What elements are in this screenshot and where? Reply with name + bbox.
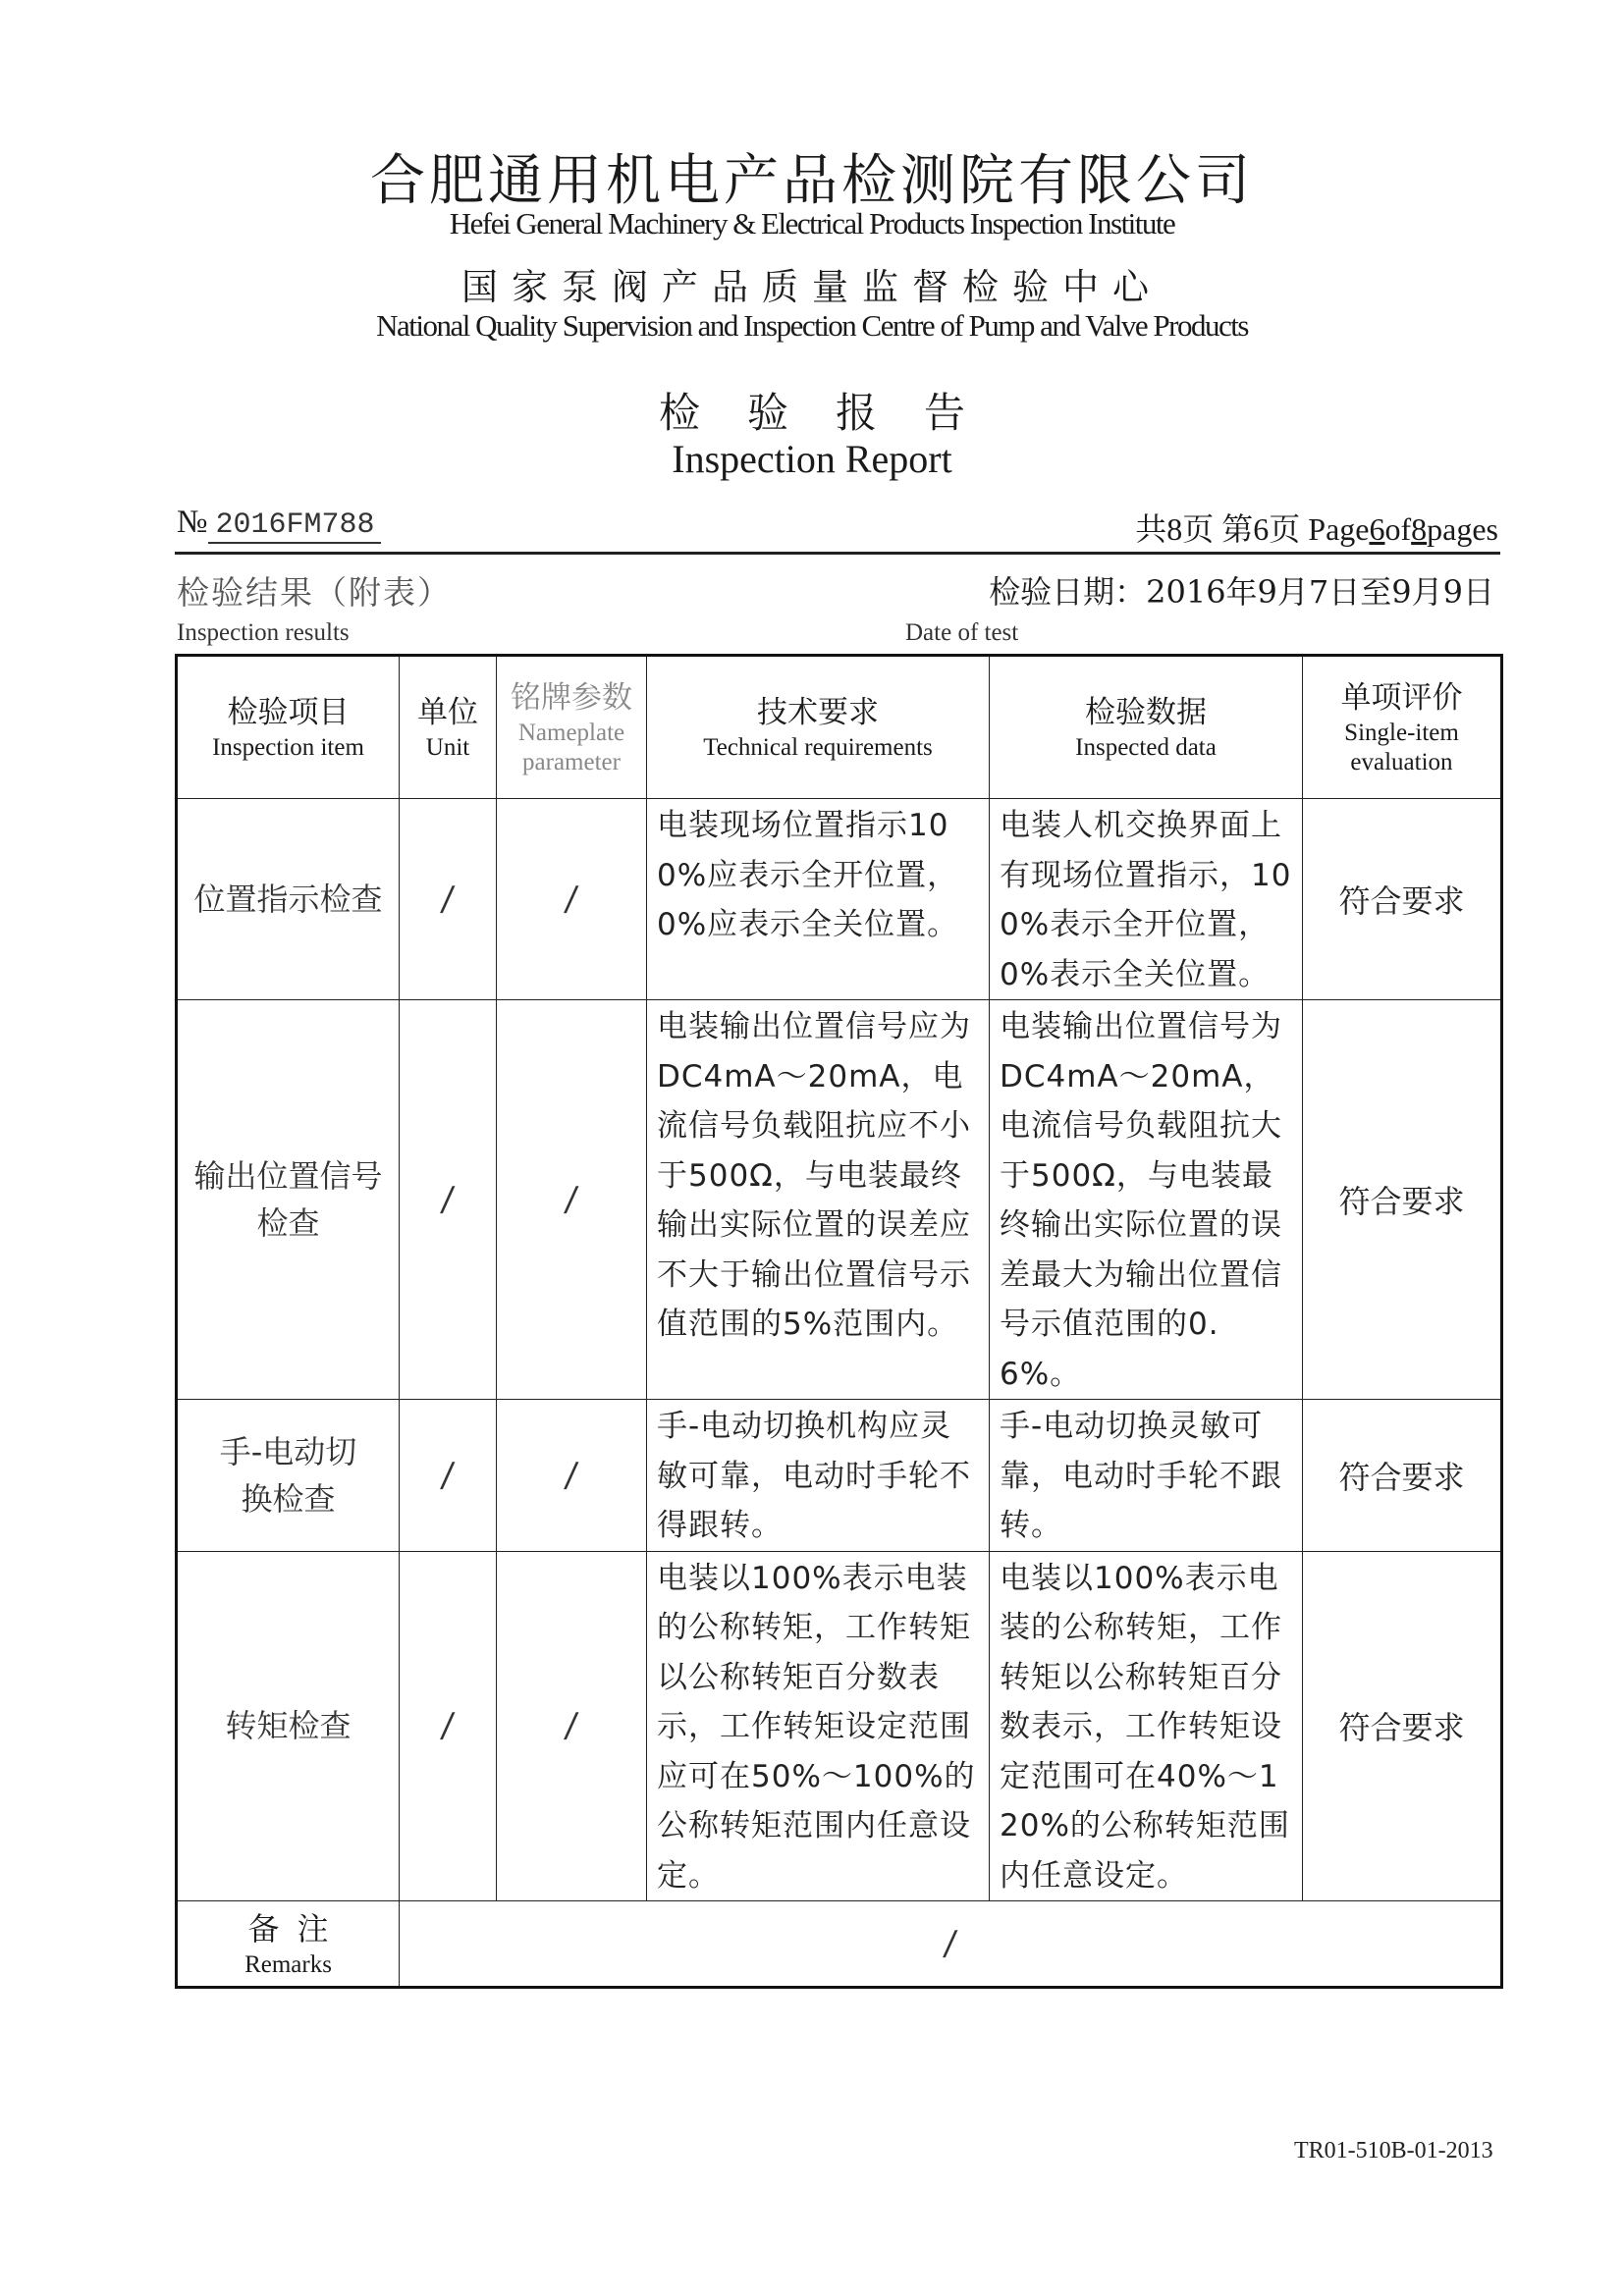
remarks-value: / [400, 1901, 1502, 1988]
header-cn: 检验数据 [990, 692, 1302, 733]
cell-data: 电装人机交换界面上有现场位置指示，100%表示全开位置，0%表示全关位置。 [990, 799, 1303, 1000]
table-row: 转矩检查 / / 电装以100%表示电装的公称转矩，工作转矩以公称转矩百分数表示… [177, 1551, 1502, 1901]
table-row: 手-电动切换检查 / / 手-电动切换机构应灵敏可靠，电动时手轮不得跟转。 手-… [177, 1400, 1502, 1552]
report-title-cn: 检验报告 [0, 381, 1624, 440]
header-en: Technical requirements [647, 733, 989, 763]
report-number: №2016FM788 [177, 505, 381, 544]
header-inspected-data: 检验数据Inspected data [990, 656, 1303, 799]
page-total: 8 [1411, 511, 1427, 547]
header-nameplate: 铭牌参数Nameplate parameter [497, 656, 647, 799]
header-unit: 单位Unit [400, 656, 497, 799]
report-number-value: 2016FM788 [208, 508, 381, 544]
page-indicator-cn: 共8页 第6页 [1135, 511, 1308, 547]
cell-nameplate: / [497, 1400, 647, 1552]
table-row: 位置指示检查 / / 电装现场位置指示100%应表示全开位置，0%应表示全关位置… [177, 799, 1502, 1000]
remarks-label: 备注Remarks [177, 1901, 400, 1988]
remarks-label-en: Remarks [178, 1950, 399, 1980]
remarks-row: 备注Remarks / [177, 1901, 1502, 1988]
cell-item: 输出位置信号检查 [177, 1000, 400, 1400]
page-en-prefix: Page [1308, 511, 1369, 547]
cell-unit: / [400, 1000, 497, 1400]
report-title-en: Inspection Report [0, 436, 1624, 482]
page-indicator: 共8页 第6页 Page6of8pages [1135, 505, 1498, 550]
table-row: 输出位置信号检查 / / 电装输出位置信号应为DC4mA～20mA，电流信号负载… [177, 1000, 1502, 1400]
cell-item: 位置指示检查 [177, 799, 400, 1000]
unit-value: / [439, 1456, 456, 1495]
cell-nameplate: / [497, 1000, 647, 1400]
header-cn: 检验项目 [178, 692, 399, 733]
cell-item: 转矩检查 [177, 1551, 400, 1901]
cell-nameplate: / [497, 1551, 647, 1901]
header-technical-requirements: 技术要求Technical requirements [647, 656, 990, 799]
cell-requirement: 电装以100%表示电装的公称转矩，工作转矩以公称转矩百分数表示，工作转矩设定范围… [647, 1551, 990, 1901]
header-cn: 单位 [400, 692, 496, 733]
page-en-suffix: pages [1427, 511, 1498, 547]
org-name-en: Hefei General Machinery & Electrical Pro… [0, 206, 1624, 241]
cell-data: 电装输出位置信号为DC4mA～20mA，电流信号负载阻抗大于500Ω，与电装最终… [990, 1000, 1303, 1400]
header-divider [175, 552, 1500, 555]
page-of: of [1384, 511, 1411, 547]
cell-nameplate: / [497, 799, 647, 1000]
nameplate-value: / [563, 1706, 579, 1745]
cell-data: 手-电动切换灵敏可靠，电动时手轮不跟转。 [990, 1400, 1303, 1552]
inspection-results-table: 检验项目Inspection item 单位Unit 铭牌参数Nameplate… [175, 654, 1503, 1989]
remarks-label-cn: 备注 [178, 1907, 399, 1950]
cell-unit: / [400, 1551, 497, 1901]
test-date-en: Date of test [905, 619, 1018, 647]
results-title-cn: 检验结果（附表） [177, 567, 452, 614]
cell-evaluation: 符合要求 [1303, 1551, 1502, 1901]
page-current: 6 [1369, 511, 1384, 547]
cell-evaluation: 符合要求 [1303, 1400, 1502, 1552]
org-name-cn: 合肥通用机电产品检测院有限公司 [0, 137, 1624, 216]
cell-unit: / [400, 1400, 497, 1552]
cell-evaluation: 符合要求 [1303, 799, 1502, 1000]
unit-value: / [439, 1180, 456, 1219]
header-en: Nameplate parameter [497, 719, 646, 777]
unit-value: / [439, 1706, 456, 1745]
results-title-en: Inspection results [177, 619, 350, 647]
unit-value: / [439, 880, 456, 919]
nameplate-value: / [563, 1180, 579, 1219]
header-cn: 技术要求 [647, 692, 989, 733]
form-code: TR01-510B-01-2013 [1294, 2138, 1493, 2164]
header-cn: 铭牌参数 [497, 677, 646, 719]
header-evaluation: 单项评价Single-item evaluation [1303, 656, 1502, 799]
header-en: Single-item evaluation [1303, 719, 1500, 777]
nameplate-value: / [563, 1456, 579, 1495]
nameplate-value: / [563, 880, 579, 919]
cell-requirement: 手-电动切换机构应灵敏可靠，电动时手轮不得跟转。 [647, 1400, 990, 1552]
header-en: Inspected data [990, 733, 1302, 763]
header-cn: 单项评价 [1303, 677, 1500, 719]
remarks-value-text: / [942, 1924, 958, 1963]
center-name-en: National Quality Supervision and Inspect… [0, 308, 1624, 344]
cell-data: 电装以100%表示电装的公称转矩，工作转矩以公称转矩百分数表示，工作转矩设定范围… [990, 1551, 1303, 1901]
test-date-cn: 检验日期：2016年9月7日至9月9日 [989, 567, 1494, 613]
header-en: Unit [400, 733, 496, 763]
cell-requirement: 电装输出位置信号应为DC4mA～20mA，电流信号负载阻抗应不小于500Ω，与电… [647, 1000, 990, 1400]
table-header-row: 检验项目Inspection item 单位Unit 铭牌参数Nameplate… [177, 656, 1502, 799]
header-en: Inspection item [178, 733, 399, 763]
cell-item: 手-电动切换检查 [177, 1400, 400, 1552]
number-sign: № [177, 505, 208, 540]
center-name-cn: 国家泵阀产品质量监督检验中心 [0, 257, 1624, 310]
cell-unit: / [400, 799, 497, 1000]
cell-evaluation: 符合要求 [1303, 1000, 1502, 1400]
cell-requirement: 电装现场位置指示100%应表示全开位置，0%应表示全关位置。 [647, 799, 990, 1000]
header-inspection-item: 检验项目Inspection item [177, 656, 400, 799]
